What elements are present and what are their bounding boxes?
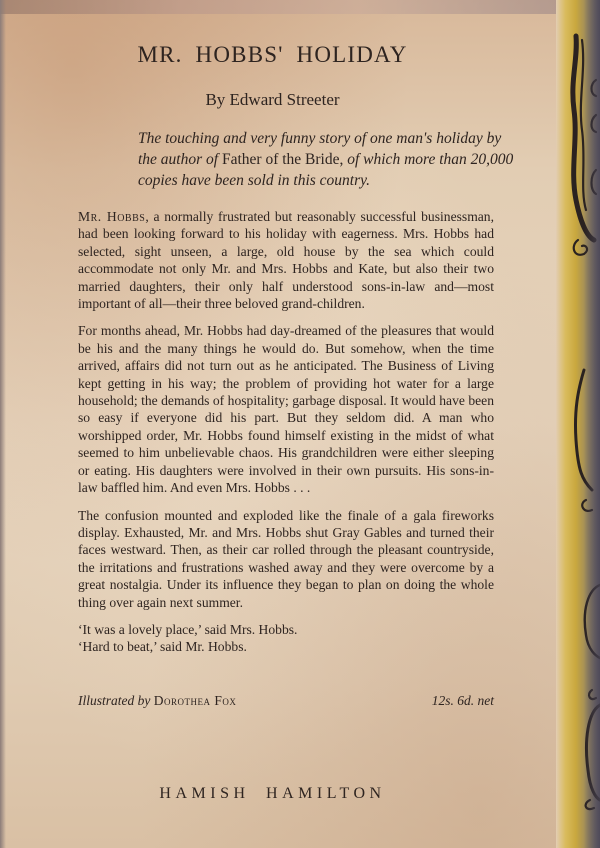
paragraph-1: Mr. Hobbs, a normally frustrated but rea…	[78, 208, 494, 312]
synopsis: Mr. Hobbs, a normally frustrated but rea…	[78, 208, 494, 656]
illustrated-by-label: Illustrated by	[78, 693, 150, 708]
paragraph-1-text: , a normally frustrated but reasonably s…	[78, 209, 494, 311]
quote-mrs-hobbs: ‘It was a lovely place,’ said Mrs. Hobbs…	[78, 621, 494, 638]
dialogue: ‘It was a lovely place,’ said Mrs. Hobbs…	[78, 621, 494, 656]
author-byline: By Edward Streeter	[0, 90, 545, 110]
price: 12s. 6d. net	[432, 693, 494, 709]
referenced-book-title: Father of the Bride,	[222, 151, 343, 168]
paragraph-2: For months ahead, Mr. Hobbs had day-drea…	[78, 322, 494, 496]
illustrator-name: Dorothea Fox	[154, 693, 237, 708]
quote-mr-hobbs: ‘Hard to beat,’ said Mr. Hobbs.	[78, 638, 494, 655]
lead-in: Mr. Hobbs	[78, 209, 145, 224]
book-title: MR. HOBBS' HOLIDAY	[0, 42, 545, 68]
publisher-name: HAMISH HAMILTON	[0, 785, 545, 803]
illustrator-credit: Illustrated by Dorothea Fox	[78, 693, 236, 709]
credit-row: Illustrated by Dorothea Fox 12s. 6d. net	[78, 693, 494, 709]
jacket-text: MR. HOBBS' HOLIDAY By Edward Streeter Th…	[0, 0, 560, 848]
paragraph-3: The confusion mounted and exploded like …	[78, 507, 494, 611]
spine-shadow	[584, 0, 600, 848]
blurb: The touching and very funny story of one…	[138, 128, 518, 191]
